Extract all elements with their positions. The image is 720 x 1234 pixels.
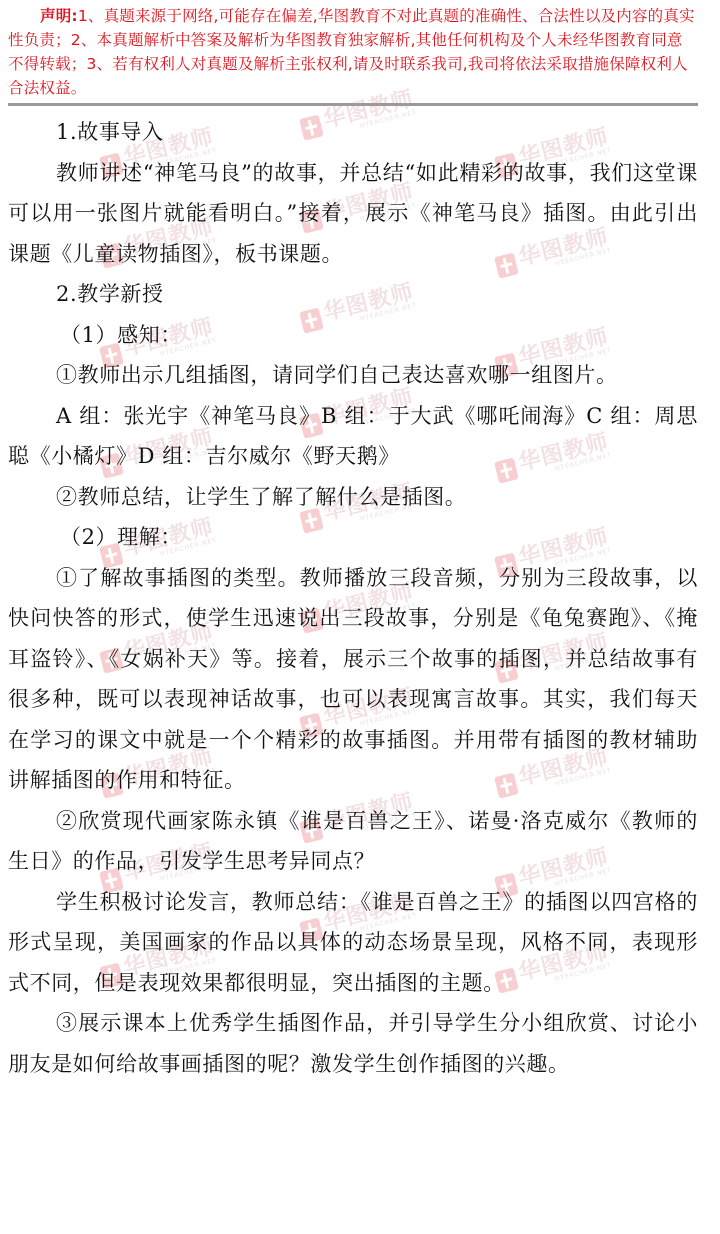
subsection-heading-understanding: （2）理解： bbox=[8, 517, 698, 558]
disclaimer: 声明:1、真题来源于网络,可能存在偏差,华图教育不对此真题的准确性、合法性以及内… bbox=[8, 4, 698, 100]
paragraph: ③展示课本上优秀学生插图作品，并引导学生分小组欣赏、讨论小朋友是如何给故事画插图… bbox=[8, 1003, 698, 1084]
paragraph: 教师讲述“神笔马良”的故事，并总结“如此精彩的故事，我们这堂课可以用一张图片就能… bbox=[8, 153, 698, 275]
document-body: 1.故事导入 教师讲述“神笔马良”的故事，并总结“如此精彩的故事，我们这堂课可以… bbox=[8, 112, 698, 1084]
disclaimer-text: 1、真题来源于网络,可能存在偏差,华图教育不对此真题的准确性、合法性以及内容的真… bbox=[8, 7, 695, 97]
paragraph: A 组：张光宇《神笔马良》B 组：于大武《哪吒闹海》C 组：周思聪《小橘灯》D … bbox=[8, 396, 698, 477]
section-heading-story-intro: 1.故事导入 bbox=[8, 112, 698, 153]
paragraph: ②欣赏现代画家陈永镇《谁是百兽之王》、诺曼·洛克威尔《教师的生日》的作品，引发学… bbox=[8, 801, 698, 882]
paragraph: 学生积极讨论发言，教师总结：《谁是百兽之王》的插图以四宫格的形式呈现，美国画家的… bbox=[8, 882, 698, 1004]
paragraph: ①了解故事插图的类型。教师播放三段音频，分别为三段故事，以快问快答的形式，使学生… bbox=[8, 558, 698, 801]
paragraph: ①教师出示几组插图，请同学们自己表达喜欢哪一组图片。 bbox=[8, 355, 698, 396]
divider bbox=[8, 103, 698, 106]
subsection-heading-perception: （1）感知： bbox=[8, 315, 698, 356]
disclaimer-lead: 声明: bbox=[40, 7, 78, 25]
section-heading-new-teaching: 2.教学新授 bbox=[8, 274, 698, 315]
paragraph: ②教师总结，让学生了解了解什么是插图。 bbox=[8, 477, 698, 518]
